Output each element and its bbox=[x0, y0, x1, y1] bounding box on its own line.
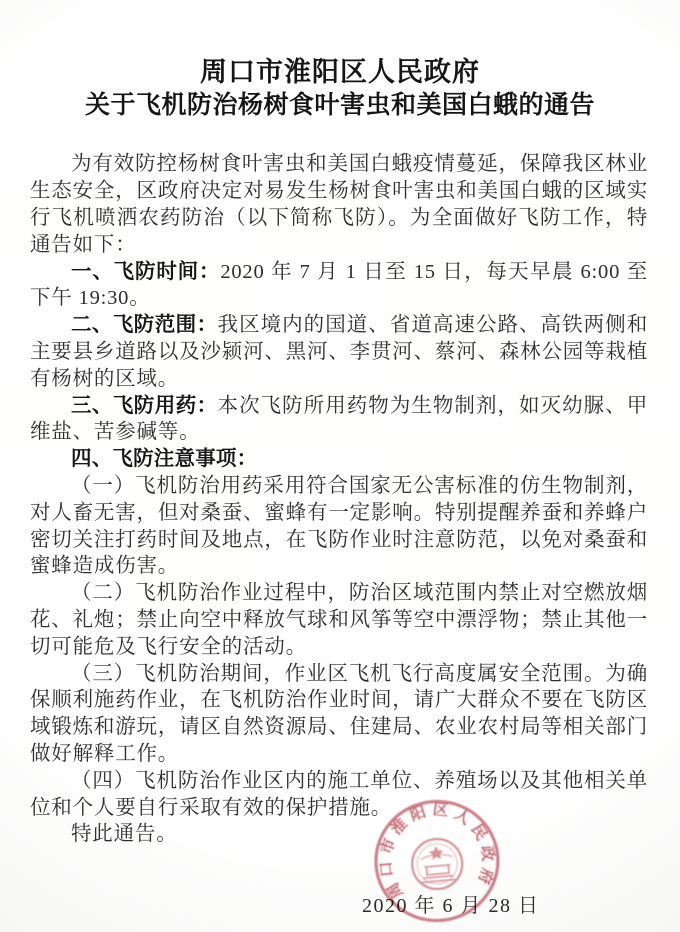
section-precautions-heading: 四、飞防注意事项： bbox=[30, 446, 648, 473]
scanned-notice-page: 周口市淮阳区人民政府 关于飞机防治杨树食叶害虫和美国白蛾的通告 为有效防控杨树食… bbox=[0, 0, 680, 932]
section-pesticide-label: 三、飞防用药： bbox=[71, 394, 218, 417]
note-item-1: （一）飞机防治用药采用符合国家无公害标准的仿生物制剂，对人畜无害，但对桑蚕、蜜蜂… bbox=[30, 473, 648, 580]
note-item-2: （二）飞机防治作业过程中，防治区域范围内禁止对空燃放烟花、礼炮；禁止向空中释放气… bbox=[30, 580, 648, 660]
section-time: 一、飞防时间：2020 年 7 月 1 日至 15 日，每天早晨 6:00 至下… bbox=[30, 259, 648, 313]
intro-paragraph: 为有效防控杨树食叶害虫和美国白蛾疫情蔓延，保障我区林业生态安全，区政府决定对易发… bbox=[30, 151, 648, 258]
closing-line: 特此通告。 bbox=[30, 821, 648, 848]
official-seal: 周口市淮阳区人民政府 bbox=[367, 793, 508, 932]
document-title: 关于飞机防治杨树食叶害虫和美国白蛾的通告 bbox=[0, 91, 680, 121]
note-item-4: （四）飞机防治作业区内的施工单位、养殖场以及其他相关单位和个人要自行采取有效的保… bbox=[30, 768, 648, 822]
document-header: 周口市淮阳区人民政府 关于飞机防治杨树食叶害虫和美国白蛾的通告 bbox=[0, 0, 680, 121]
section-scope-label: 二、飞防范围： bbox=[71, 313, 218, 336]
section-precautions-label: 四、飞防注意事项： bbox=[71, 447, 257, 470]
note-item-3: （三）飞机防治期间，作业区飞机飞行高度属安全范围。为确保顺利施药作业，在飞机防治… bbox=[30, 661, 648, 768]
issuing-authority-title: 周口市淮阳区人民政府 bbox=[0, 56, 680, 88]
national-emblem-icon bbox=[410, 837, 464, 891]
section-pesticide: 三、飞防用药：本次飞防所用药物为生物制剂，如灭幼脲、甲维盐、苦参碱等。 bbox=[30, 393, 648, 447]
section-scope: 二、飞防范围：我区境内的国道、省道高速公路、高铁两侧和主要县乡道路以及沙颍河、黑… bbox=[30, 312, 648, 392]
document-body: 为有效防控杨树食叶害虫和美国白蛾疫情蔓延，保障我区林业生态安全，区政府决定对易发… bbox=[30, 151, 648, 848]
section-time-label: 一、飞防时间： bbox=[71, 260, 220, 283]
